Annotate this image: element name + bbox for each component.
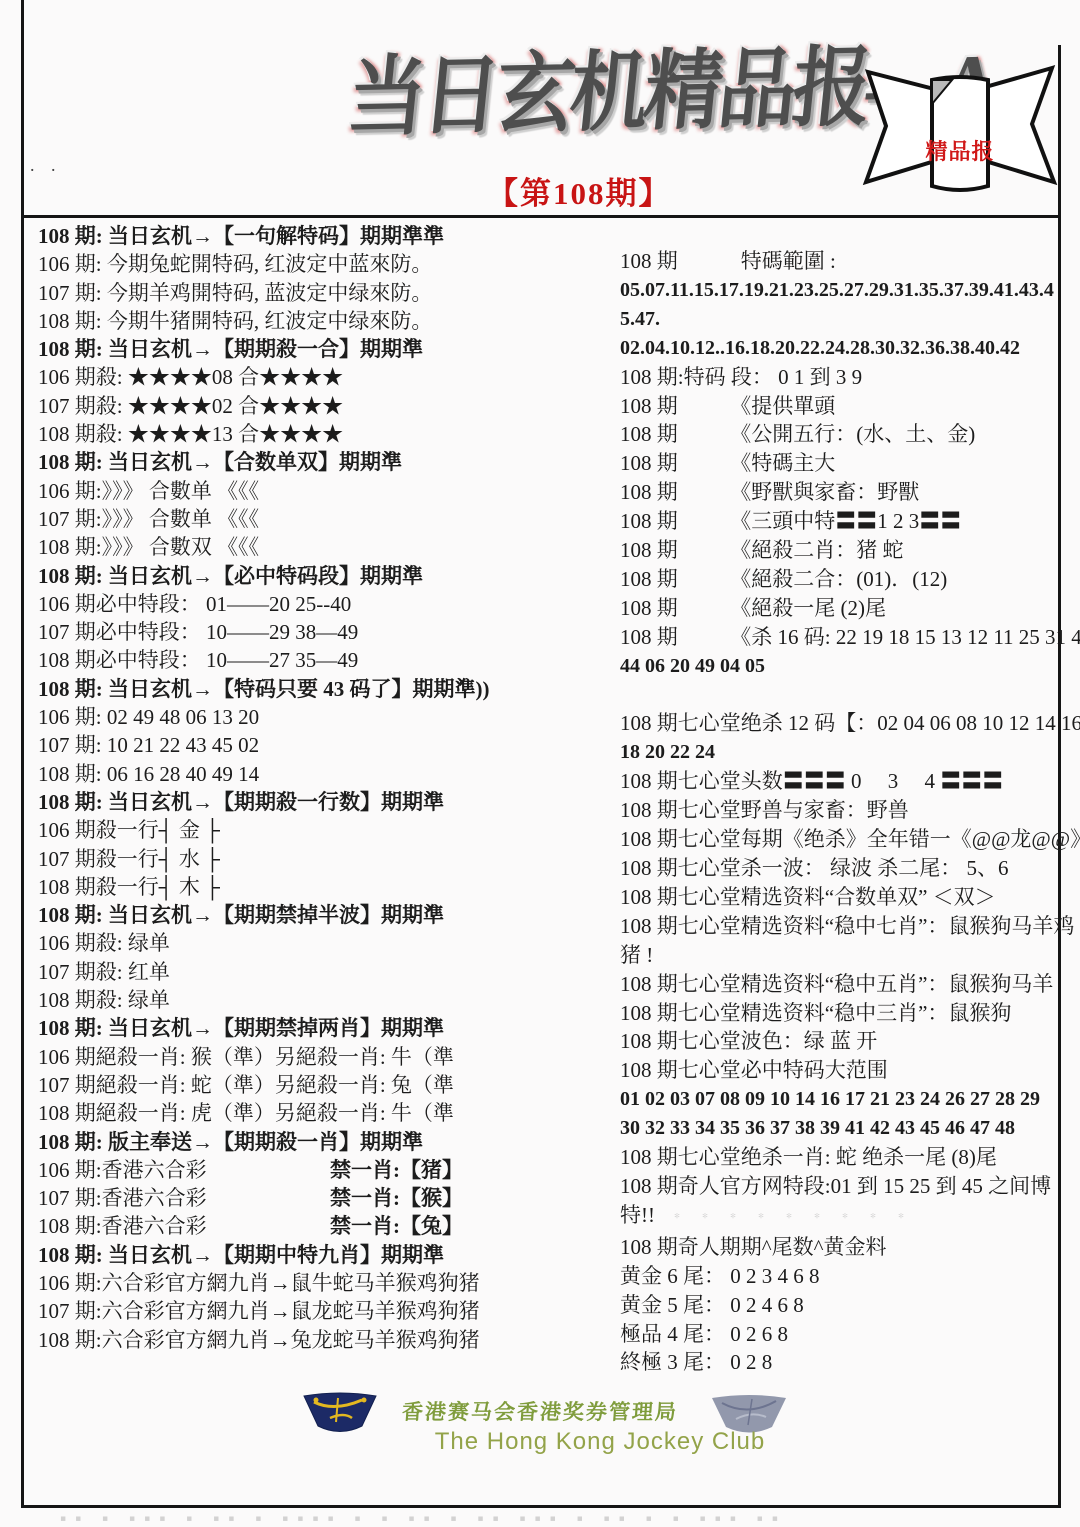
report-line: 108 期七心堂波色：绿 蓝 开 <box>620 1027 1058 1056</box>
ribbon-banner-icon <box>860 58 1060 198</box>
report-line: 108 期七心堂必中特码大范围 <box>620 1056 1058 1085</box>
report-line: 02.04.10.12..16.18.20.22.24.28.30.32.36.… <box>620 334 1058 363</box>
report-line-right-part: 禁一肖:【猴】 <box>330 1184 463 1212</box>
cropped-text-artifact: ▪▪ ▪ ▪▪▪ ▪ ▪▪ ▪ ▪▪▪▪ ▪ ▪ ▪▪ ▪ ▪▪ ▪▪▪ ▪ ▪… <box>60 1514 1040 1526</box>
page-border-right <box>1058 45 1061 1508</box>
report-line: 108 期殺: 绿单 <box>38 986 618 1014</box>
report-line: 106 期: 02 49 48 06 13 20 <box>38 703 618 731</box>
report-line: 猪 ! <box>620 941 1058 970</box>
report-line: 108 期七心堂绝杀 12 码【：02 04 06 08 10 12 14 16 <box>620 709 1058 738</box>
report-line: 108 期殺一行┤ 木 ├ <box>38 873 618 901</box>
report-line: 108 期絕殺一肖: 虎（準）另絕殺一肖: 牛（準 <box>38 1099 618 1127</box>
right-report-column: 108 期 特碼範圍 :05.07.11.15.17.19.21.23.25.2… <box>620 247 1058 1377</box>
report-line: 108 期: 当日玄机→【一句解特码】期期準準 <box>38 222 618 250</box>
report-line: 特!!﹡ ﹡ ﹡ ﹡ ﹡ ﹡ ﹡ ﹡ ﹡ <box>620 1201 1058 1233</box>
report-line: 108 期奇人期期^尾数^黄金料 <box>620 1233 1058 1262</box>
report-line: 106 期殺: 绿单 <box>38 929 618 957</box>
report-line: 108 期 《絕殺二合：(01)．(12) <box>620 565 1058 594</box>
report-line: 106 期殺一行┤ 金 ├ <box>38 816 618 844</box>
report-line: 107 期:六合彩官方網九肖→鼠龙蛇马羊猴鸡狗猪 <box>38 1297 618 1325</box>
report-line: 108 期: 今期牛猪開特码, 红波定中绿來防。 <box>38 307 618 335</box>
report-line: 44 06 20 49 04 05 <box>620 652 1058 681</box>
report-line: 108 期殺: ★★★★13 合★★★★ <box>38 420 618 448</box>
report-line: 05.07.11.15.17.19.21.23.25.27.29.31.35.3… <box>620 276 1058 305</box>
report-line: 108 期:香港六合彩禁一肖:【兔】 <box>38 1212 618 1240</box>
report-line: 108 期七心堂精选资料“稳中三肖”：鼠猴狗 <box>620 999 1058 1028</box>
report-line: 108 期奇人官方网特段:01 到 15 25 到 45 之间博 <box>620 1172 1058 1201</box>
report-line: 106 期必中特段： 01——20 25--40 <box>38 590 618 618</box>
content-box-top-border <box>21 215 1061 218</box>
report-line: 106 期絕殺一肖: 猴（準）另絕殺一肖: 牛（準 <box>38 1043 618 1071</box>
report-line: 108 期: 当日玄机→【期期殺一行数】期期準 <box>38 788 618 816</box>
report-line: 106 期:》》》 合數单 《《《 <box>38 477 618 505</box>
hkjc-org-name-en: The Hong Kong Jockey Club <box>420 1428 780 1456</box>
report-line: 極品 4 尾： 0 2 6 8 <box>620 1320 1058 1349</box>
report-line: 終極 3 尾： 0 2 8 <box>620 1348 1058 1377</box>
faint-print-artifact: ﹡ ﹡ ﹡ ﹡ ﹡ ﹡ ﹡ ﹡ ﹡ <box>669 1209 913 1226</box>
report-line <box>620 681 1058 710</box>
report-line: 108 期: 当日玄机→【期期殺一合】期期準 <box>38 335 618 363</box>
report-line: 108 期必中特段： 10——27 35—49 <box>38 646 618 674</box>
report-line: 108 期七心堂精选资料“稳中五肖”：鼠猴狗马羊 <box>620 970 1058 999</box>
report-line: 108 期七心堂精选资料“合数单双” ＜双＞ <box>620 883 1058 912</box>
content-box-bottom-border <box>21 1505 1061 1508</box>
report-line: 18 20 22 24 <box>620 738 1058 767</box>
report-line-right-part: 禁一肖:【猪】 <box>330 1156 463 1184</box>
report-line: 108 期 《絕殺二肖：猪 蛇 <box>620 536 1058 565</box>
report-line: 106 期:六合彩官方網九肖→鼠牛蛇马羊猴鸡狗猪 <box>38 1269 618 1297</box>
report-line: 108 期 《特碼主大 <box>620 449 1058 478</box>
report-line: 107 期: 今期羊鸡開特码, 蓝波定中绿來防。 <box>38 279 618 307</box>
report-line: 黄金 6 尾： 0 2 3 4 6 8 <box>620 1262 1058 1291</box>
report-line: 108 期: 当日玄机→【期期禁掉半波】期期準 <box>38 901 618 929</box>
report-line: 108 期七心堂野兽与家畜：野兽 <box>620 796 1058 825</box>
report-line: 107 期殺: ★★★★02 合★★★★ <box>38 392 618 420</box>
corner-marks: . . <box>30 155 62 176</box>
report-line: 108 期 《杀 16 码: 22 19 18 15 13 12 11 25 3… <box>620 623 1058 652</box>
report-line: 106 期:香港六合彩禁一肖:【猪】 <box>38 1156 618 1184</box>
report-line: 108 期: 当日玄机→【特码只要 43 码了】期期準)) <box>38 675 618 703</box>
report-line: 108 期 特碼範圍 : <box>620 247 1058 276</box>
ribbon-label: 精品报 <box>905 135 1015 166</box>
report-line: 108 期: 当日玄机→【必中特码段】期期準 <box>38 562 618 590</box>
report-line: 108 期: 版主奉送→【期期殺一肖】期期準 <box>38 1128 618 1156</box>
report-line: 107 期殺一行┤ 水 ├ <box>38 845 618 873</box>
report-line: 01 02 03 07 08 09 10 14 16 17 21 23 24 2… <box>620 1085 1058 1114</box>
report-line: 107 期必中特段： 10——29 38—49 <box>38 618 618 646</box>
report-line: 108 期:特码 段： 0 1 到 3 9 <box>620 363 1058 392</box>
report-line: 108 期:六合彩官方網九肖→兔龙蛇马羊猴鸡狗猪 <box>38 1326 618 1354</box>
page-border-left <box>21 0 24 1508</box>
report-line: 107 期: 10 21 22 43 45 02 <box>38 731 618 759</box>
report-line: 5.47. <box>620 305 1058 334</box>
report-line: 108 期七心堂绝杀一肖: 蛇 绝杀一尾 (8)尾 <box>620 1143 1058 1172</box>
report-line-right-part: 禁一肖:【兔】 <box>330 1212 463 1240</box>
report-line: 107 期殺: 红单 <box>38 958 618 986</box>
left-report-column: 108 期: 当日玄机→【一句解特码】期期準準106 期: 今期兔蛇開特码, 红… <box>38 222 618 1354</box>
report-line: 106 期殺: ★★★★08 合★★★★ <box>38 363 618 391</box>
issue-number-label: 【第108期】 <box>487 168 672 213</box>
report-line: 黄金 5 尾： 0 2 4 6 8 <box>620 1291 1058 1320</box>
report-line: 108 期 《野獸與家畜：野獸 <box>620 478 1058 507</box>
hkjc-org-name-cn: 香港赛马会香港奖券管理局 <box>399 1396 681 1426</box>
report-line: 108 期 《三頭中特〓〓1 2 3〓〓 <box>620 507 1058 536</box>
report-line: 108 期:》》》 合數双 《《《 <box>38 533 618 561</box>
report-line: 107 期:》》》 合數单 《《《 <box>38 505 618 533</box>
report-line: 108 期 《公開五行：(水、土、金) <box>620 420 1058 449</box>
report-line: 108 期七心堂每期《绝杀》全年错一《@@龙@@》 <box>620 825 1058 854</box>
report-line: 30 32 33 34 35 36 37 38 39 41 42 43 45 4… <box>620 1114 1058 1143</box>
report-line: 108 期七心堂精选资料“稳中七肖”：鼠猴狗马羊鸡 <box>620 912 1058 941</box>
report-line: 108 期七心堂杀一波： 绿波 杀二尾： 5、6 <box>620 854 1058 883</box>
report-line: 108 期: 当日玄机→【期期中特九肖】期期準 <box>38 1241 618 1269</box>
report-line: 108 期: 当日玄机→【合数单双】期期準 <box>38 448 618 476</box>
report-line: 107 期:香港六合彩禁一肖:【猴】 <box>38 1184 618 1212</box>
report-line: 108 期七心堂头数〓〓〓 0 3 4 〓〓〓 <box>620 767 1058 796</box>
report-line: 106 期: 今期兔蛇開特码, 红波定中蓝來防。 <box>38 250 618 278</box>
report-line: 108 期 《絕殺一尾 (2)尾 <box>620 594 1058 623</box>
report-line: 107 期絕殺一肖: 蛇（準）另絕殺一肖: 兔（準 <box>38 1071 618 1099</box>
report-line: 108 期: 06 16 28 40 49 14 <box>38 760 618 788</box>
report-line: 108 期: 当日玄机→【期期禁掉两肖】期期準 <box>38 1014 618 1042</box>
hkjc-crest-icon <box>300 1392 380 1436</box>
report-line: 108 期 《提供單頭 <box>620 392 1058 421</box>
